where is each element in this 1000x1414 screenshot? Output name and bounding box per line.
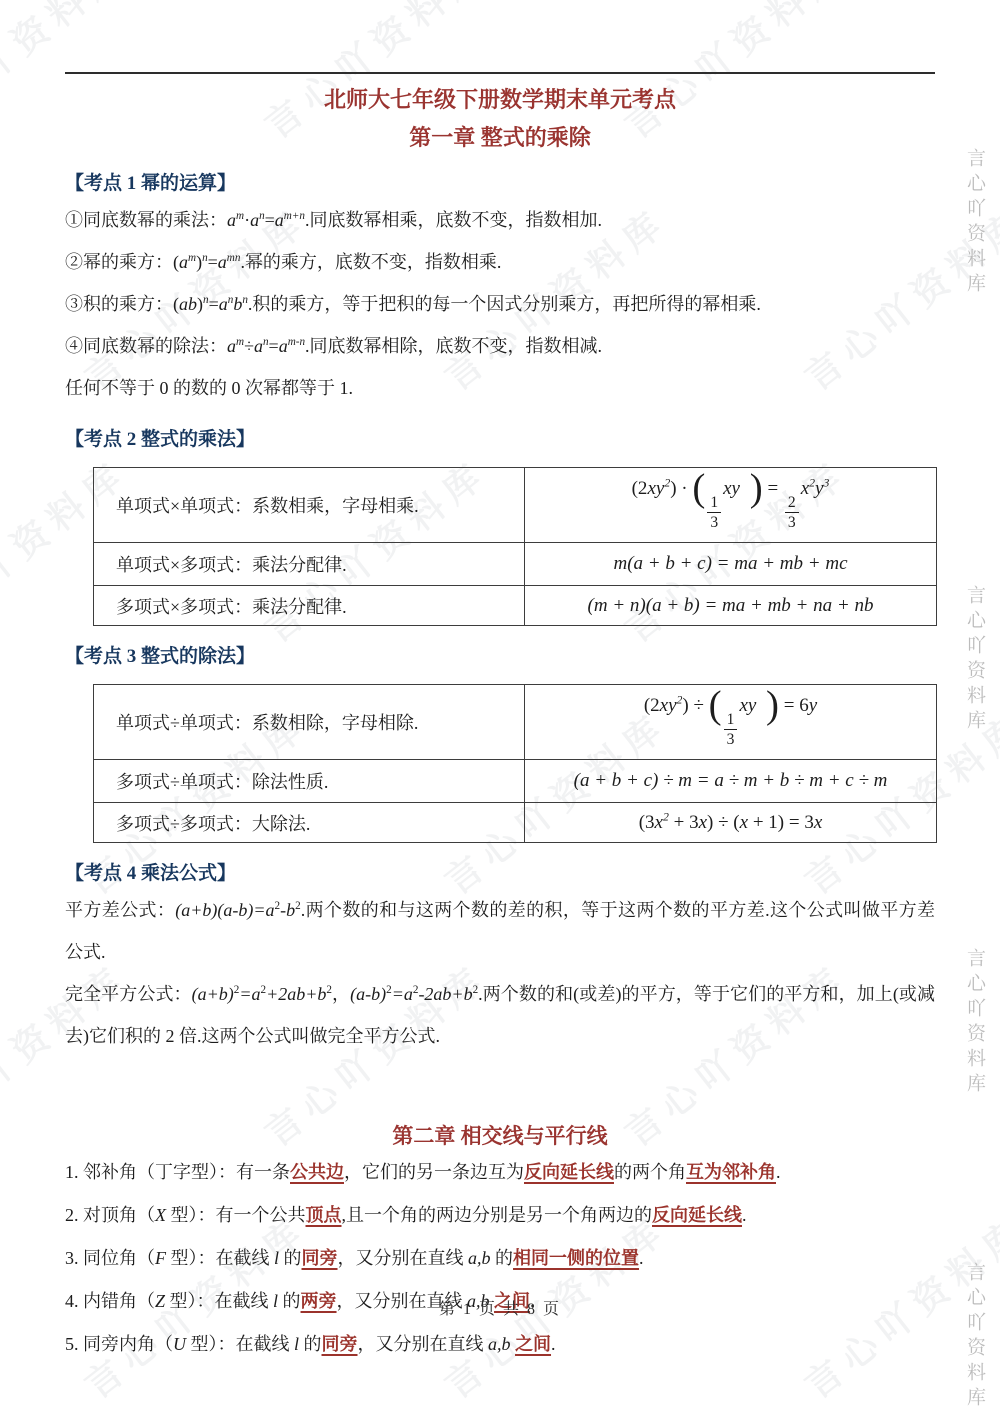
document-page: 言心吖资料库言心吖资料库言心吖资料库言心吖资料库言心吖资料库言心吖资料库言心吖资… [0,0,1000,1414]
rule-line-2: ②幂的乘方：(am)n=amn.幂的乘方，底数不变，指数相乘. [65,241,935,283]
rule-line-4: ④同底数幂的除法：am÷an=am-n.同底数幂相除，底数不变，指数相减. [65,325,935,367]
list-item: 2. 对顶角（X 型）：有一个公共顶点,且一个角的两边分别是另一个角两边的反向延… [65,1194,935,1237]
table-cell-formula: (2xy2) · (13xy ) = 23x2y3 [525,468,936,542]
chapter2-heading: 第二章 相交线与平行线 [65,1121,935,1151]
table-cell-rule: 多项式÷单项式：除法性质. [94,760,525,802]
rule-text: 多项式÷单项式：除法性质. [116,768,328,794]
page-content: 北师大七年级下册数学期末单元考点 第一章 整式的乘除 【考点 1 幂的运算】 ①… [0,72,1000,1366]
header-rule [65,72,935,74]
formula: m(a + b + c) = ma + mb + mc [613,553,847,575]
chapter2-items: 1. 邻补角（丁字型）：有一条公共边，它们的另一条边互为反向延长线的两个角互为邻… [65,1151,935,1366]
table-row: 多项式÷多项式：大除法. (3x2 + 3x) ÷ (x + 1) = 3x [94,802,936,842]
formula: (m + n)(a + b) = ma + mb + na + nb [588,595,874,617]
table-cell-formula: (3x2 + 3x) ÷ (x + 1) = 3x [525,803,936,842]
chapter1-heading: 第一章 整式的乘除 [65,123,935,153]
rule-text: 多项式×多项式：乘法分配律. [116,593,347,619]
list-item: 5. 同旁内角（U 型）：在截线 l 的同旁，又分别在直线 a,b 之间. [65,1323,935,1366]
rule-text: 单项式×多项式：乘法分配律. [116,551,347,577]
table-cell-formula: (a + b + c) ÷ m = a ÷ m + b ÷ m + c ÷ m [525,760,936,802]
table-row: 多项式÷单项式：除法性质. (a + b + c) ÷ m = a ÷ m + … [94,759,936,802]
rule-line-1: ①同底数幂的乘法：am·an=am+n.同底数幂相乘，底数不变，指数相加. [65,199,935,241]
rule-text: 单项式×单项式：系数相乘，字母相乘. [116,492,419,518]
formula: (2xy2) · (13xy ) = 23x2y3 [632,478,830,531]
table-cell-rule: 多项式÷多项式：大除法. [94,803,525,842]
table-cell-rule: 单项式÷单项式：系数相除，字母相除. [94,685,525,759]
table-row: 单项式÷单项式：系数相除，字母相除. (2xy2) ÷ (13xy ) = 6y [94,685,936,759]
multiplication-table: 单项式×单项式：系数相乘，字母相乘. (2xy2) · (13xy ) = 23… [93,467,937,626]
formula-paragraph-square-difference: 平方差公式：(a+b)(a-b)=a2-b2.两个数的和与这两个数的差的积，等于… [65,889,935,973]
division-table: 单项式÷单项式：系数相除，字母相除. (2xy2) ÷ (13xy ) = 6y… [93,684,937,843]
rule-text: 单项式÷单项式：系数相除，字母相除. [116,709,418,735]
formula: (a + b + c) ÷ m = a ÷ m + b ÷ m + c ÷ m [574,770,888,792]
section-heading-kp3: 【考点 3 整式的除法】 [65,642,935,672]
page-number: 第 1 页 共 8 页 [0,1296,1000,1319]
rule-line-3: ③积的乘方：(ab)n=anbn.积的乘方，等于把积的每一个因式分别乘方，再把所… [65,283,935,325]
section-heading-kp1: 【考点 1 幂的运算】 [65,169,935,199]
table-row: 单项式×单项式：系数相乘，字母相乘. (2xy2) · (13xy ) = 23… [94,468,936,542]
formula: (2xy2) ÷ (13xy ) = 6y [644,695,817,748]
table-cell-rule: 多项式×多项式：乘法分配律. [94,586,525,625]
rule-line-5: 任何不等于 0 的数的 0 次幂都等于 1. [65,367,935,409]
table-cell-rule: 单项式×单项式：系数相乘，字母相乘. [94,468,525,542]
rule-text: 多项式÷多项式：大除法. [116,810,310,836]
list-item: 1. 邻补角（丁字型）：有一条公共边，它们的另一条边互为反向延长线的两个角互为邻… [65,1151,935,1194]
formula: (3x2 + 3x) ÷ (x + 1) = 3x [639,812,823,834]
page-title: 北师大七年级下册数学期末单元考点 [65,85,935,115]
table-cell-formula: (2xy2) ÷ (13xy ) = 6y [525,685,936,759]
section-heading-kp2: 【考点 2 整式的乘法】 [65,425,935,455]
formula-paragraph-perfect-square: 完全平方公式：(a+b)2=a2+2ab+b2，(a-b)2=a2-2ab+b2… [65,973,935,1057]
list-item: 3. 同位角（F 型）：在截线 l 的同旁，又分别在直线 a,b 的相同一侧的位… [65,1237,935,1280]
table-cell-rule: 单项式×多项式：乘法分配律. [94,543,525,585]
table-cell-formula: (m + n)(a + b) = ma + mb + na + nb [525,586,936,625]
table-cell-formula: m(a + b + c) = ma + mb + mc [525,543,936,585]
table-row: 多项式×多项式：乘法分配律. (m + n)(a + b) = ma + mb … [94,585,936,625]
table-row: 单项式×多项式：乘法分配律. m(a + b + c) = ma + mb + … [94,542,936,585]
section-heading-kp4: 【考点 4 乘法公式】 [65,859,935,889]
